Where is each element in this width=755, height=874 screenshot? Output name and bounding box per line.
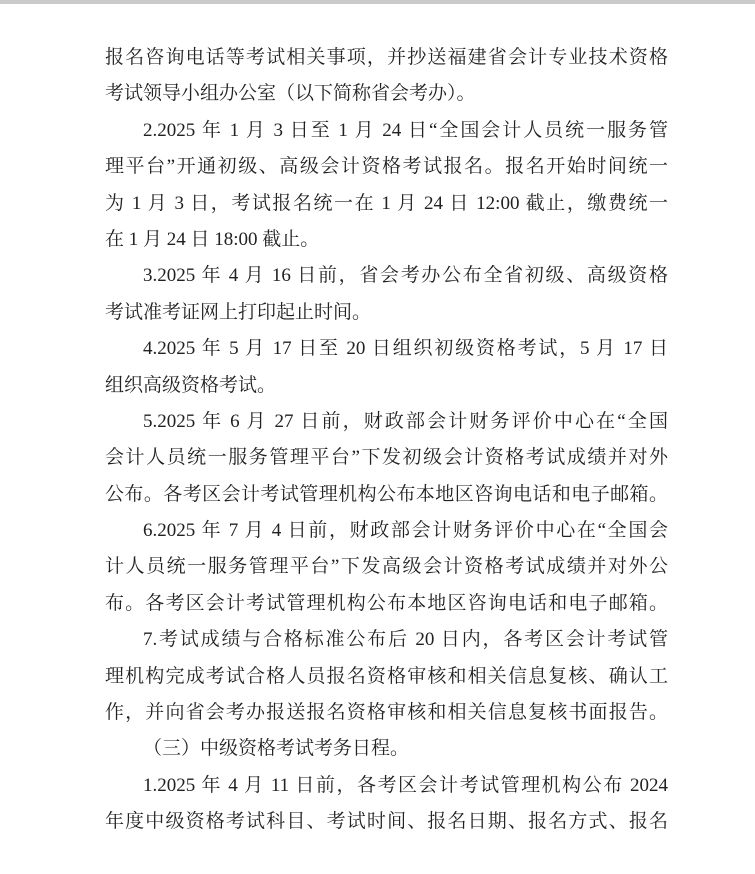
doc-line: 考试领导小组办公室（以下简称省会考办）。 <box>105 76 668 112</box>
doc-line: 4.2025 年 5 月 17 日至 20 日组织初级资格考试，5 月 17 日 <box>105 331 668 367</box>
doc-line: 理平台”开通初级、高级会计资格考试报名。报名开始时间统一 <box>105 149 668 185</box>
scan-edge-band <box>0 0 755 4</box>
doc-line: 计人员统一服务管理平台”下发高级会计资格考试成绩并对外公 <box>105 549 668 585</box>
doc-line: 作，并向省会考办报送报名资格审核和相关信息复核书面报告。 <box>105 695 668 731</box>
document-page: 报名咨询电话等考试相关事项，并抄送福建省会计专业技术资格 考试领导小组办公室（以… <box>0 0 755 874</box>
doc-line: 组织高级资格考试。 <box>105 368 668 404</box>
doc-line: 理机构完成考试合格人员报名资格审核和相关信息复核、确认工 <box>105 659 668 695</box>
doc-line: 5.2025 年 6 月 27 日前，财政部会计财务评价中心在“全国 <box>105 404 668 440</box>
doc-line: 报名咨询电话等考试相关事项，并抄送福建省会计专业技术资格 <box>105 40 668 76</box>
doc-line: 考试准考证网上打印起止时间。 <box>105 295 668 331</box>
doc-line: 1.2025 年 4 月 11 日前，各考区会计考试管理机构公布 2024 <box>105 768 668 804</box>
doc-line: 在 1 月 24 日 18:00 截止。 <box>105 222 668 258</box>
document-text-block: 报名咨询电话等考试相关事项，并抄送福建省会计专业技术资格 考试领导小组办公室（以… <box>105 40 668 841</box>
doc-line: 3.2025 年 4 月 16 日前，省会考办公布全省初级、高级资格 <box>105 258 668 294</box>
doc-line: 为 1 月 3 日，考试报名统一在 1 月 24 日 12:00 截止，缴费统一 <box>105 186 668 222</box>
doc-line: 年度中级资格考试科目、考试时间、报名日期、报名方式、报名 <box>105 804 668 840</box>
doc-line: 公布。各考区会计考试管理机构公布本地区咨询电话和电子邮箱。 <box>105 477 668 513</box>
doc-line: 会计人员统一服务管理平台”下发初级会计资格考试成绩并对外 <box>105 440 668 476</box>
doc-line: 6.2025 年 7 月 4 日前，财政部会计财务评价中心在“全国会 <box>105 513 668 549</box>
doc-line: 7.考试成绩与合格标准公布后 20 日内，各考区会计考试管 <box>105 622 668 658</box>
doc-line: （三）中级资格考试考务日程。 <box>105 731 668 767</box>
doc-line: 2.2025 年 1 月 3 日至 1 月 24 日“全国会计人员统一服务管 <box>105 113 668 149</box>
doc-line: 布。各考区会计考试管理机构公布本地区咨询电话和电子邮箱。 <box>105 586 668 622</box>
